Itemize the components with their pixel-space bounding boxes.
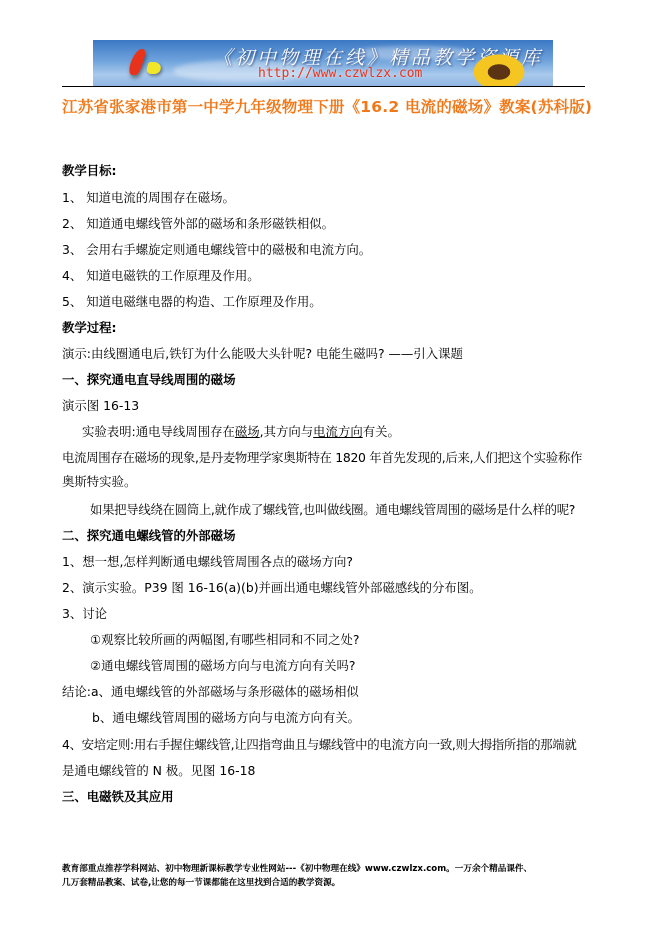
history-text: 电流周围存在磁场的现象,是丹麦物理学家奥斯特在 1820 年首先发现的,后来,人… xyxy=(62,450,582,466)
process-heading: 教学过程: xyxy=(62,320,117,336)
discussion-question: ②通电螺线管周围的磁场方向与电流方向有关吗? xyxy=(90,658,356,674)
objective-item: 1、 知道电流的周围存在磁场。 xyxy=(62,190,235,206)
sunflower-icon xyxy=(473,54,525,86)
ampere-rule-text: 是通电螺线管的 N 极。见图 16-18 xyxy=(62,763,255,779)
underlined-term: 磁场 xyxy=(235,424,260,439)
conclusion-b: b、通电螺线管周围的磁场方向与电流方向有关。 xyxy=(92,710,360,726)
conclusion-a: 结论:a、通电螺线管的外部磁场与条形磁体的磁场相似 xyxy=(62,684,359,700)
banner-url: http://www.czwlzx.com xyxy=(258,66,422,81)
ampere-rule-text: 4、安培定则:用右手握住螺线管,让四指弯曲且与螺线管中的电流方向一致,则大拇指所… xyxy=(62,737,576,753)
intro-text: 演示:由线圈通电后,铁钉为什么能吸大头针呢? 电能生磁吗? ——引入课题 xyxy=(62,346,463,362)
transition-text: 如果把导线绕在圆筒上,就作成了螺线管,也叫做线圈。通电螺线管周围的磁场是什么样的… xyxy=(90,502,575,518)
site-banner: 《初中物理在线》精品教学资源库 http://www.czwlzx.com xyxy=(93,40,553,86)
footer-text: 几万套精品教案、试卷,让您的每一节课都能在这里找到合适的教学资源。 xyxy=(62,877,340,889)
section3-heading: 三、电磁铁及其应用 xyxy=(62,789,174,805)
document-title: 江苏省张家港市第一中学九年级物理下册《16.2 电流的磁场》教案(苏科版) xyxy=(62,95,592,117)
footer-text: 教育部重点推荐学科网站、初中物理新课标教学专业性网站---《初中物理在线》www… xyxy=(62,863,532,875)
objective-item: 5、 知道电磁继电器的构造、工作原理及作用。 xyxy=(62,294,322,310)
demo-figure-ref: 演示图 16-13 xyxy=(62,398,139,414)
discussion-question: ①观察比较所画的两幅图,有哪些相同和不同之处? xyxy=(90,632,359,648)
header-rule xyxy=(62,86,585,87)
underlined-term: 电流方向 xyxy=(313,424,363,439)
objective-item: 4、 知道电磁铁的工作原理及作用。 xyxy=(62,268,260,284)
history-text: 奥斯特实验。 xyxy=(62,474,136,490)
section2-item: 1、想一想,怎样判断通电螺线管周围各点的磁场方向? xyxy=(62,554,353,570)
section2-heading: 二、探究通电螺线管的外部磁场 xyxy=(62,528,235,544)
logo-red-icon xyxy=(127,49,147,75)
section2-item: 2、演示实验。P39 图 16-16(a)(b)并画出通电螺线管外部磁感线的分布… xyxy=(62,580,482,596)
logo-yellow-icon xyxy=(145,62,162,74)
objectives-heading: 教学目标: xyxy=(62,163,117,179)
objective-item: 2、 知道通电螺线管外部的磁场和条形磁铁相似。 xyxy=(62,216,334,232)
section1-heading: 一、探究通电直导线周围的磁场 xyxy=(62,372,235,388)
section2-item: 3、讨论 xyxy=(62,606,107,622)
experiment-result: 实验表明:通电导线周围存在磁场,其方向与电流方向有关。 xyxy=(82,424,400,440)
objective-item: 3、 会用右手螺旋定则通电螺线管中的磁极和电流方向。 xyxy=(62,242,371,258)
